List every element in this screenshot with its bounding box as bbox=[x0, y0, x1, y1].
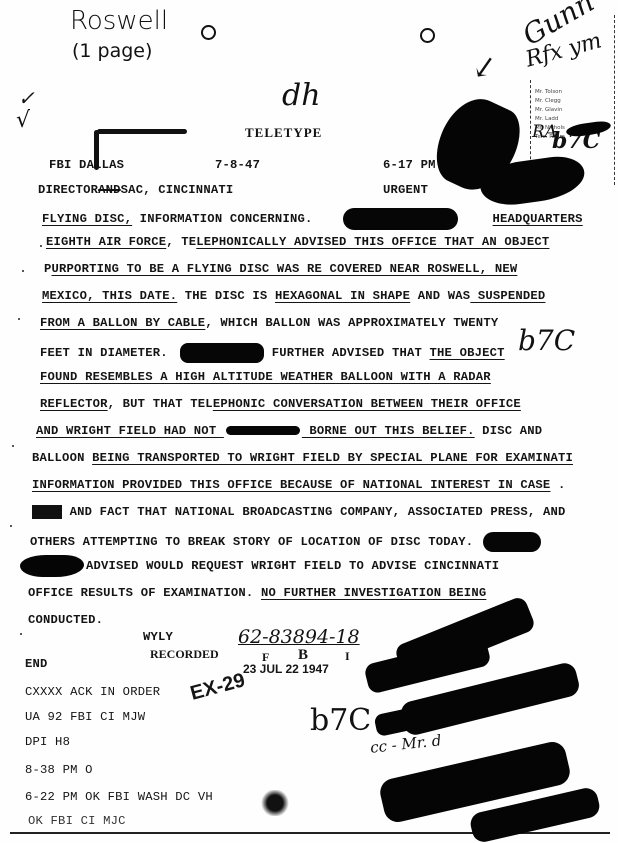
body-text: FOUND RESEMBLES A HIGH ALTITUDE WEATHER … bbox=[40, 370, 491, 384]
punch-hole-right-icon bbox=[420, 28, 435, 43]
checkmark-icon: ✓ bbox=[18, 86, 35, 110]
smudge bbox=[260, 790, 290, 816]
document-page: Roswell (1 page) ✓ √ dh ↙ Gunn Rfx ym Mr… bbox=[0, 0, 618, 843]
dpi-line: DPI H8 bbox=[25, 735, 70, 749]
speck bbox=[40, 245, 42, 247]
recipient-line: DIRECTORANDSAC, CINCINNATI bbox=[38, 183, 233, 197]
checkmark-icon: √ bbox=[16, 108, 30, 133]
recorded-stamp: RECORDED bbox=[150, 647, 219, 662]
body-text: MEXICO, THIS DATE. bbox=[42, 289, 177, 303]
body-text: , TE bbox=[166, 235, 196, 249]
routing-line: Mr. Glavin bbox=[535, 106, 567, 115]
body-text: HEADQUARTERS bbox=[493, 212, 583, 226]
speck bbox=[22, 270, 24, 272]
body-text: , BUT THAT TEL bbox=[108, 397, 213, 411]
speck bbox=[18, 318, 20, 320]
body-text: P bbox=[44, 262, 52, 276]
body-text: CONDUCTED. bbox=[28, 613, 103, 627]
redaction-block bbox=[180, 343, 264, 363]
body-line: FEET IN DIAMETER.FURTHER ADVISED THAT TH… bbox=[40, 343, 505, 363]
body-text: OFFICE RESULTS OF EXAMINATION. bbox=[28, 586, 253, 600]
body-text: DISC AND bbox=[475, 424, 543, 438]
redaction-block bbox=[20, 555, 84, 577]
body-text: THE OBJECT bbox=[430, 346, 505, 360]
handwritten-b7c: b7C bbox=[518, 324, 575, 357]
body-text: FEET IN DIAMETER. bbox=[40, 346, 168, 360]
handwritten-title: Roswell bbox=[70, 6, 168, 36]
speck bbox=[20, 633, 22, 635]
from-field: FBI DALLAS bbox=[49, 158, 124, 172]
file-number-stamp: 62-83894-18 bbox=[238, 626, 360, 648]
body-text: INFORMATION PROVIDED THIS OFFICE BECAUSE… bbox=[32, 478, 550, 492]
body-text: BALLOON bbox=[32, 451, 92, 465]
time-line-2: 6-22 PM OK FBI WASH DC VH bbox=[25, 790, 213, 804]
time-line-1: 8-38 PM O bbox=[25, 763, 93, 777]
body-line: FROM A BALLON BY CABLE, WHICH BALLON WAS… bbox=[40, 316, 498, 330]
routing-box-border-right bbox=[614, 15, 615, 185]
body-text: OTHERS ATTEMPTING TO BREAK STORY OF LOCA… bbox=[30, 535, 473, 549]
body-text: REFLECTOR bbox=[40, 397, 108, 411]
recipient-director: DIRECTOR bbox=[38, 183, 98, 197]
body-line: BALLOON BEING TRANSPORTED TO WRIGHT FIEL… bbox=[32, 451, 573, 465]
body-text: AND FACT THAT NATIONAL BROADCASTING COMP… bbox=[62, 505, 565, 519]
end-marker: END bbox=[25, 657, 48, 671]
ok-line: OK FBI CI MJC bbox=[28, 814, 126, 828]
body-text: FURTHER ADVISED THAT bbox=[272, 346, 430, 360]
body-line: FLYING DISC, INFORMATION CONCERNING.HEAD… bbox=[42, 208, 583, 230]
punch-hole-left-icon bbox=[201, 25, 216, 40]
body-text: AND WRIGHT FIELD HAD NOT bbox=[36, 424, 224, 438]
body-text: HEXAGONAL IN SHAPE bbox=[275, 289, 410, 303]
body-text: SUSPENDED bbox=[470, 289, 545, 303]
body-text: BORNE OUT THIS BELIEF. bbox=[302, 424, 475, 438]
signer-name: WYLY bbox=[143, 630, 173, 644]
body-line: MEXICO, THIS DATE. THE DISC IS HEXAGONAL… bbox=[42, 289, 545, 303]
body-line: EIGHTH AIR FORCE, TELEPHONICALLY ADVISED… bbox=[46, 235, 549, 249]
ex-stamp: EX-29 bbox=[188, 669, 248, 706]
body-text: . bbox=[550, 478, 565, 492]
body-text: URPORTING TO BE A FLYING DISC WAS RE COV… bbox=[52, 262, 518, 276]
redaction-block bbox=[226, 426, 300, 435]
body-text: AND WAS bbox=[410, 289, 470, 303]
redaction-block bbox=[343, 208, 458, 230]
body-text: BEING TRANSPORTED TO WRIGHT FIELD BY SPE… bbox=[92, 451, 573, 465]
speck bbox=[12, 445, 14, 447]
body-text: ADVISED WOULD REQUEST WRIGHT FIELD TO AD… bbox=[86, 559, 499, 573]
body-text bbox=[253, 586, 261, 600]
body-text: FROM A BALLON BY CABLE bbox=[40, 316, 205, 330]
ack-line: CXXXX ACK IN ORDER bbox=[25, 685, 160, 699]
redaction-block bbox=[483, 532, 541, 552]
body-line: FOUND RESEMBLES A HIGH ALTITUDE WEATHER … bbox=[40, 370, 491, 384]
body-text: FLYING DISC, bbox=[42, 212, 132, 226]
priority-field: URGENT bbox=[383, 183, 428, 197]
body-text: EPHONIC CONVERSATION BETWEEN THEIR OFFIC… bbox=[213, 397, 521, 411]
time-field: 6-17 PM bbox=[383, 158, 436, 172]
body-text: THE DISC IS bbox=[177, 289, 275, 303]
body-line: XXXX AND FACT THAT NATIONAL BROADCASTING… bbox=[32, 505, 565, 519]
body-text: EIGHTH AIR FORCE bbox=[46, 235, 166, 249]
body-text: INFORMATION CONCERNING. bbox=[132, 212, 312, 226]
body-text: , WHICH BALLON WAS APPROXIMATELY TWENTY bbox=[205, 316, 498, 330]
body-line: INFORMATION PROVIDED THIS OFFICE BECAUSE… bbox=[32, 478, 565, 492]
redacted-word: XXXX bbox=[32, 505, 62, 519]
body-text: NO FURTHER INVESTIGATION BEING bbox=[261, 586, 486, 600]
routing-line: Mr. Tolson bbox=[535, 88, 567, 97]
routing-line: Mr. Clegg bbox=[535, 97, 567, 106]
date-field: 7-8-47 bbox=[215, 158, 260, 172]
arrow-mark-icon: ↙ bbox=[469, 48, 500, 87]
body-line: OTHERS ATTEMPTING TO BREAK STORY OF LOCA… bbox=[30, 532, 541, 552]
ua-line: UA 92 FBI CI MJW bbox=[25, 710, 145, 724]
body-line: AND WRIGHT FIELD HAD NOT BORNE OUT THIS … bbox=[36, 424, 542, 438]
form-type: TELETYPE bbox=[245, 125, 322, 141]
index-letter: I bbox=[345, 649, 350, 664]
body-line: PURPORTING TO BE A FLYING DISC WAS RE CO… bbox=[44, 262, 517, 276]
date-received-stamp: 23 JUL 22 1947 bbox=[243, 662, 329, 676]
body-line: ADVISED WOULD REQUEST WRIGHT FIELD TO AD… bbox=[86, 559, 499, 573]
recipient-sac: SAC, CINCINNATI bbox=[121, 183, 234, 197]
handwritten-page-count: (1 page) bbox=[72, 40, 152, 62]
handwritten-initials: dh bbox=[282, 78, 321, 113]
body-line: REFLECTOR, BUT THAT TELEPHONIC CONVERSAT… bbox=[40, 397, 521, 411]
ink-stroke bbox=[97, 129, 187, 134]
speck bbox=[10, 525, 12, 527]
handwritten-b7c: b7C bbox=[310, 703, 371, 738]
body-line: OFFICE RESULTS OF EXAMINATION. NO FURTHE… bbox=[28, 586, 486, 600]
recipient-struck: AND bbox=[98, 183, 121, 197]
body-line: CONDUCTED. bbox=[28, 613, 103, 627]
body-text: LEPHONICALLY ADVISED THIS OFFICE THAT AN… bbox=[196, 235, 549, 249]
